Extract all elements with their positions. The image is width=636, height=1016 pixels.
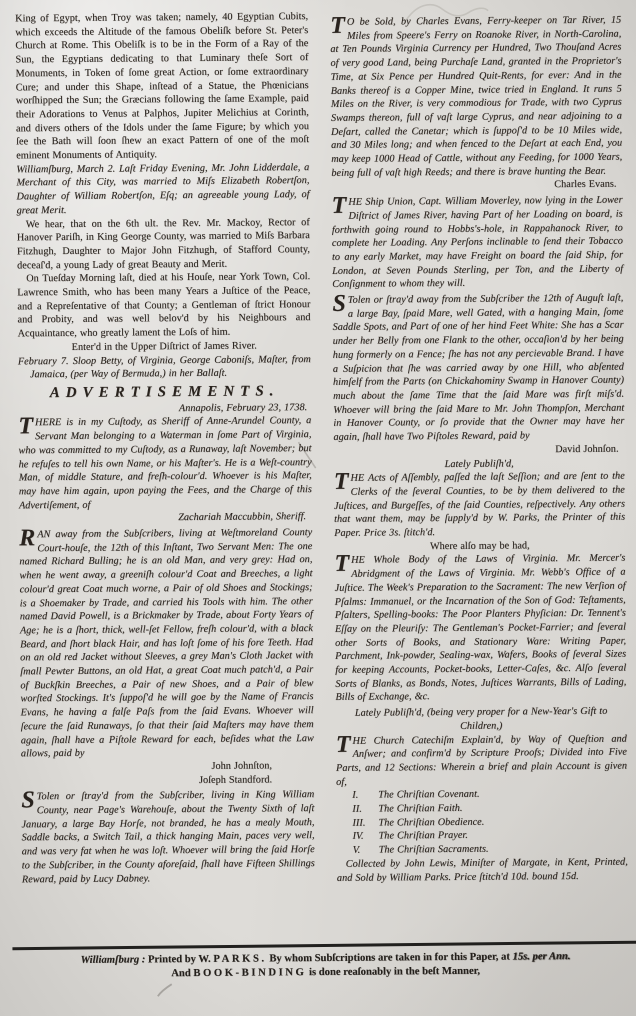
colophon-subscription-text: By whom Subſcriptions are taken in for t… xyxy=(269,952,510,965)
ad-servant-custody: THERE is in my Cuſtody, as Sheriff of An… xyxy=(18,414,312,512)
catechism-part-4-title: The Chriſtian Prayer. xyxy=(379,829,468,843)
lately-publishd-gift-line: Lately Publiſh'd, (being very proper for… xyxy=(336,705,627,735)
colophon-divider-rule xyxy=(12,941,636,950)
ad-books-for-sale: THE Whole Body of the Laws of Virginia. … xyxy=(334,552,626,705)
ad-runaway-servants: RAN away from the Subſcribers, living at… xyxy=(19,526,314,761)
catechism-collected-by: Collected by John Lewis, Miniſter of Mar… xyxy=(337,855,628,885)
colophon-subscription-price: 15s. per Ann. xyxy=(512,951,570,962)
signature-standford: Joſeph Standford. xyxy=(21,773,314,789)
ad-land-for-sale: TO be Sold, by Charles Evans, Ferry-keep… xyxy=(330,14,622,181)
catechism-part-1-title: The Chriſtian Covenant. xyxy=(378,788,479,802)
marriage-lidderdale-paragraph: Williamſburg, March 2. Laſt Friday Eveni… xyxy=(16,161,309,218)
signature-maccubbin: Zachariah Maccubbin, Sheriff. xyxy=(19,510,312,526)
colophon-printed-by: Printed by W. xyxy=(148,954,211,965)
catechism-part-2-title: The Chriſtian Faith. xyxy=(378,802,462,816)
sloop-betty-entry: February 7. Sloop Betty, of Virginia, Ge… xyxy=(18,353,311,383)
handwritten-stray-mark xyxy=(154,981,176,999)
catechism-part-5-numeral: V. xyxy=(353,844,379,858)
right-column: TO be Sold, by Charles Evans, Ferry-keep… xyxy=(330,14,628,886)
marriage-mackoy-paragraph: We hear, that on the 6th ult. the Rev. M… xyxy=(17,216,310,273)
ad-church-catechism: THE Church Catechiſm Explain'd, by Way o… xyxy=(336,732,627,789)
printer-colophon: Williamſburg : Printed by W. PARKS. By w… xyxy=(17,950,633,983)
catechism-part-3-title: The Chriſtian Obedience. xyxy=(378,816,484,831)
catechism-part-2-numeral: II. xyxy=(352,803,378,817)
ad-stolen-mare: STolen or ſtray'd away from the Subſcrib… xyxy=(332,292,624,445)
signature-evans: Charles Evans. xyxy=(331,178,622,194)
ad-acts-of-assembly: THE Acts of Aſſembly, paſſed the laſt Se… xyxy=(334,470,626,541)
catechism-part-1-numeral: I. xyxy=(352,789,378,803)
obelisk-news-paragraph: King of Egypt, when Troy was taken; name… xyxy=(15,10,309,163)
signature-johnson: David Johnſon. xyxy=(333,442,624,458)
left-column: King of Egypt, when Troy was taken; name… xyxy=(15,10,315,887)
colophon-bookbinding-label: BOOK-BINDING xyxy=(193,967,306,979)
advertisements-heading: ADVERTISEMENTS. xyxy=(18,385,311,401)
page-content: King of Egypt, when Troy was taken; name… xyxy=(0,0,636,1016)
colophon-printer-name: PARKS. xyxy=(213,953,266,964)
catechism-part-4-numeral: IV. xyxy=(353,830,379,844)
newspaper-sheet: King of Egypt, when Troy was taken; name… xyxy=(0,0,636,1016)
catechism-part-5-title: The Chriſtian Sacraments. xyxy=(379,843,489,858)
colophon-and-word: And xyxy=(171,968,191,979)
colophon-place: Williamſburg : xyxy=(81,954,146,966)
colophon-binding-rest: is done reaſonably in the beſt Manner, xyxy=(309,966,480,978)
catechism-part-3-numeral: III. xyxy=(352,816,378,830)
obituary-smith-paragraph: On Tueſday Morning laſt, died at his Hou… xyxy=(17,270,311,341)
ad-ship-union: THE Ship Union, Capt. William Moverley, … xyxy=(332,194,624,292)
ad-stolen-horse: STolen or ſtray'd from the Subſcriber, l… xyxy=(21,788,315,886)
